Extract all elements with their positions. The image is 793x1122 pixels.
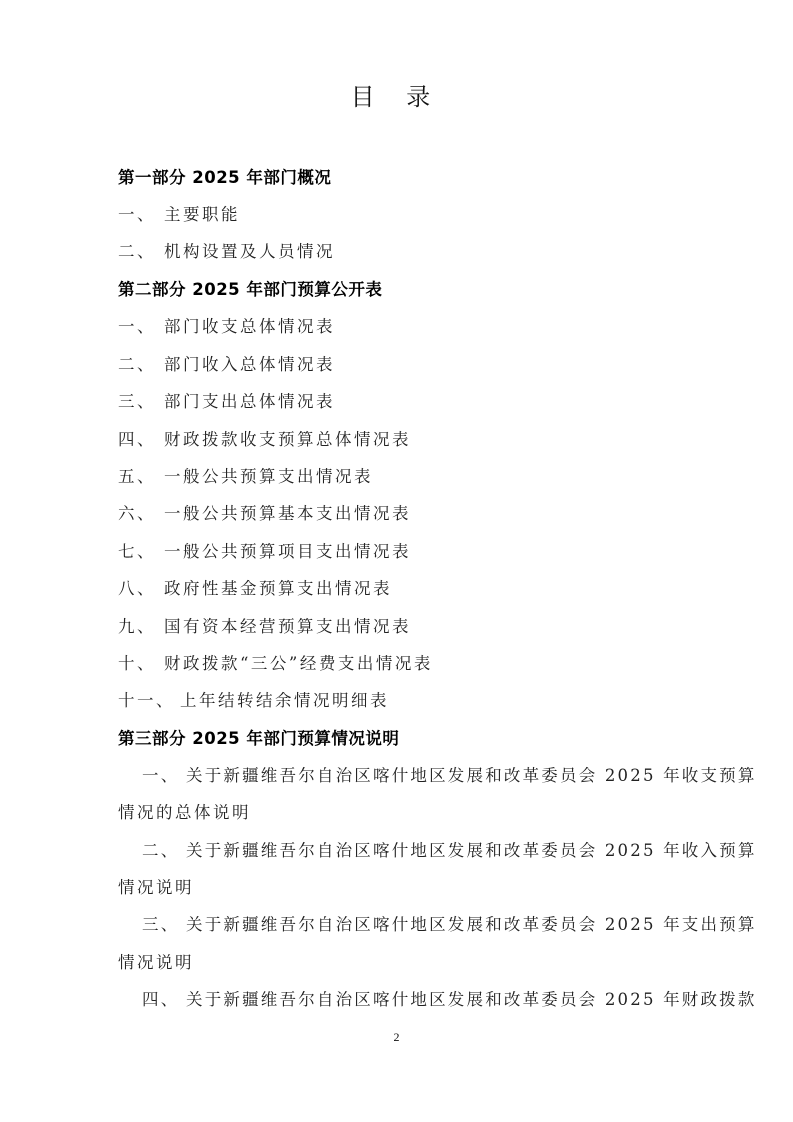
toc-entry-text: 机构设置及人员情况 (164, 242, 335, 261)
toc-entry-text: 关于新疆维吾尔自治区喀什地区发展和改革委员会 2025 年支出预算 (186, 915, 757, 934)
toc-entry-number: 十一、 (118, 690, 180, 712)
toc-entry-number: 一、 (118, 204, 164, 226)
toc-entry-text: 关于新疆维吾尔自治区喀什地区发展和改革委员会 2025 年收入预算 (186, 841, 757, 860)
toc-entry-text: 政府性基金预算支出情况表 (164, 579, 392, 598)
page-number: 2 (0, 1030, 793, 1045)
toc-entry[interactable]: 二、关于新疆维吾尔自治区喀什地区发展和改革委员会 2025 年收入预算 (118, 840, 718, 862)
toc-entry-number: 二、 (118, 241, 164, 263)
toc-entry-number: 六、 (118, 503, 164, 525)
toc-entry-continuation[interactable]: 情况说明 (118, 952, 194, 974)
toc-entry[interactable]: 七、一般公共预算项目支出情况表 (118, 541, 411, 563)
toc-part3-heading[interactable]: 第三部分 2025 年部门预算情况说明 (118, 728, 399, 750)
toc-entry-number: 四、 (118, 429, 164, 451)
toc-entry-text: 财政拨款收支预算总体情况表 (164, 430, 411, 449)
toc-entry-text: 主要职能 (164, 205, 240, 224)
toc-entry-number: 三、 (118, 391, 164, 413)
toc-entry-text: 一般公共预算项目支出情况表 (164, 542, 411, 561)
toc-entry[interactable]: 十一、上年结转结余情况明细表 (118, 690, 389, 712)
toc-entry-text: 部门收入总体情况表 (164, 355, 335, 374)
toc-entry-number: 五、 (118, 466, 164, 488)
toc-entry[interactable]: 三、关于新疆维吾尔自治区喀什地区发展和改革委员会 2025 年支出预算 (118, 914, 718, 936)
toc-entry[interactable]: 四、财政拨款收支预算总体情况表 (118, 429, 411, 451)
toc-entry-text: 关于新疆维吾尔自治区喀什地区发展和改革委员会 2025 年收支预算 (186, 766, 757, 785)
toc-entry-number: 一、 (142, 765, 186, 787)
toc-entry-text: 国有资本经营预算支出情况表 (164, 617, 411, 636)
toc-entry-number: 七、 (118, 541, 164, 563)
toc-entry-text: 关于新疆维吾尔自治区喀什地区发展和改革委员会 2025 年财政拨款 (186, 990, 757, 1009)
toc-entry-text: 部门收支总体情况表 (164, 317, 335, 336)
toc-entry-number: 一、 (118, 316, 164, 338)
toc-entry[interactable]: 三、部门支出总体情况表 (118, 391, 335, 413)
toc-entry-text: 一般公共预算支出情况表 (164, 467, 373, 486)
toc-entry-number: 十、 (118, 653, 164, 675)
toc-entry[interactable]: 四、关于新疆维吾尔自治区喀什地区发展和改革委员会 2025 年财政拨款 (118, 989, 718, 1011)
toc-entry[interactable]: 六、一般公共预算基本支出情况表 (118, 503, 411, 525)
toc-entry-number: 二、 (118, 354, 164, 376)
toc-entry-number: 三、 (142, 914, 186, 936)
toc-part2-heading[interactable]: 第二部分 2025 年部门预算公开表 (118, 279, 382, 301)
toc-entry[interactable]: 九、国有资本经营预算支出情况表 (118, 616, 411, 638)
toc-entry[interactable]: 五、一般公共预算支出情况表 (118, 466, 373, 488)
toc-entry-text: 上年结转结余情况明细表 (180, 691, 389, 710)
toc-entry[interactable]: 八、政府性基金预算支出情况表 (118, 578, 392, 600)
toc-entry-continuation[interactable]: 情况的总体说明 (118, 802, 251, 824)
toc-entry-continuation[interactable]: 情况说明 (118, 877, 194, 899)
toc-entry-text: 一般公共预算基本支出情况表 (164, 504, 411, 523)
toc-entry[interactable]: 一、部门收支总体情况表 (118, 316, 335, 338)
toc-entry[interactable]: 一、主要职能 (118, 204, 240, 226)
page-title: 目 录 (0, 80, 793, 114)
toc-entry[interactable]: 二、机构设置及人员情况 (118, 241, 335, 263)
toc-entry-text: 部门支出总体情况表 (164, 392, 335, 411)
toc-part1-heading[interactable]: 第一部分 2025 年部门概况 (118, 167, 331, 189)
toc-entry[interactable]: 十、财政拨款“三公”经费支出情况表 (118, 653, 433, 675)
toc-entry-number: 二、 (142, 840, 186, 862)
toc-entry-number: 八、 (118, 578, 164, 600)
toc-entry[interactable]: 一、关于新疆维吾尔自治区喀什地区发展和改革委员会 2025 年收支预算 (118, 765, 718, 787)
toc-entry-number: 九、 (118, 616, 164, 638)
toc-entry[interactable]: 二、部门收入总体情况表 (118, 354, 335, 376)
toc-entry-number: 四、 (142, 989, 186, 1011)
toc-entry-text: 财政拨款“三公”经费支出情况表 (164, 654, 433, 673)
